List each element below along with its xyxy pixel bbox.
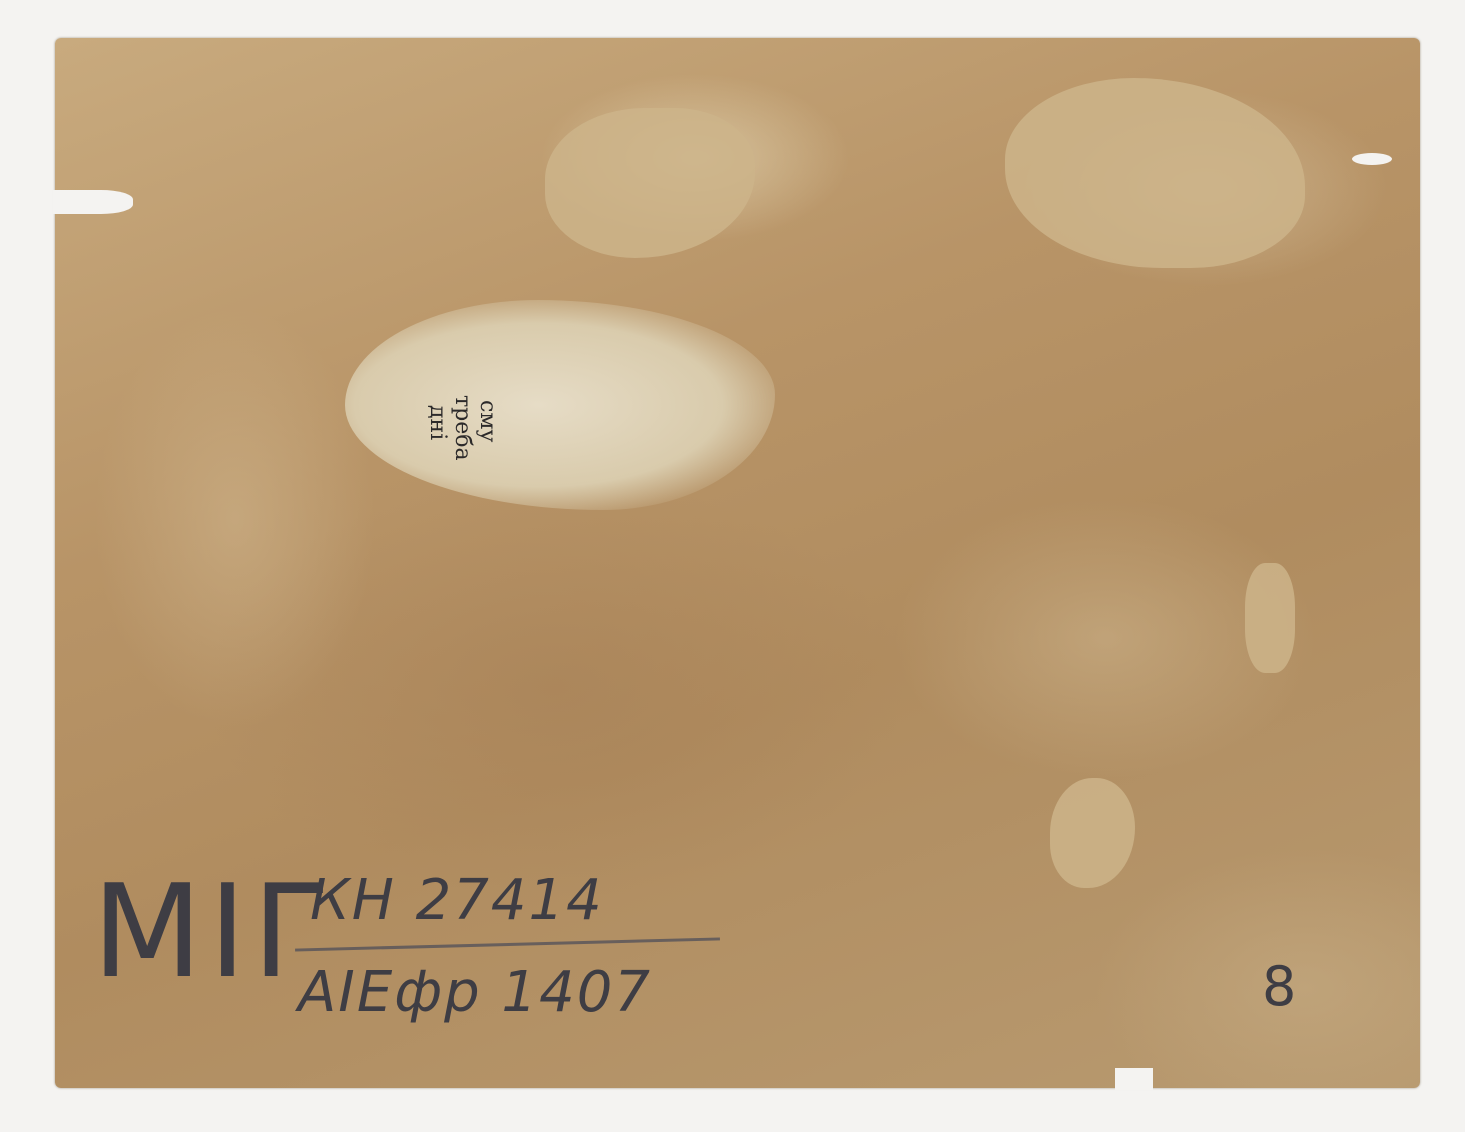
page-number: 8	[1262, 955, 1298, 1018]
fragment-word: дні	[425, 405, 450, 440]
inventory-number: КН 27414	[310, 868, 604, 933]
archive-number: АІЕфр 1407	[298, 960, 652, 1025]
fragment-word: сму	[475, 400, 500, 442]
torn-edge-bottom	[1115, 1068, 1153, 1090]
fragment-word: треба	[450, 395, 475, 461]
torn-edge-right	[1352, 153, 1392, 165]
torn-edge-left	[53, 190, 133, 214]
paper-loss-lower-right	[1050, 778, 1135, 888]
paper-loss-top-right	[1005, 78, 1305, 268]
paper-loss-right	[1245, 563, 1295, 673]
paper-loss-top-center	[545, 108, 755, 258]
newspaper-fragment-text: сму треба дні	[420, 305, 720, 505]
